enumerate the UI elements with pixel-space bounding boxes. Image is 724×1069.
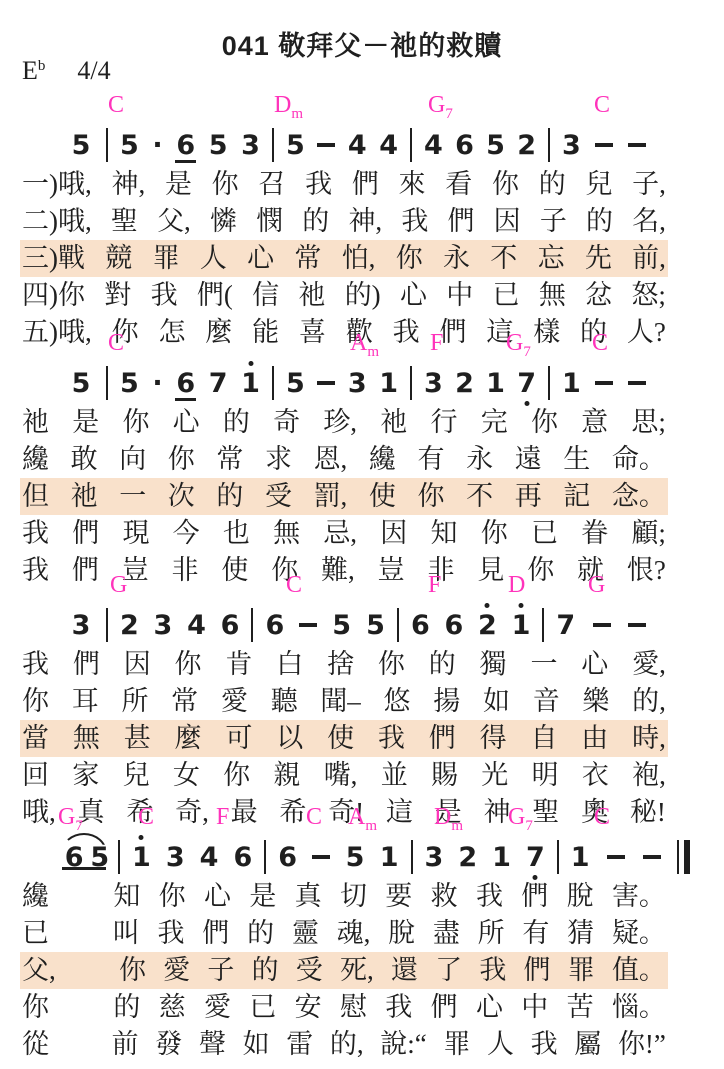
duration-dash: [607, 855, 625, 859]
lyric-syllable: 白: [276, 646, 303, 683]
lyric-syllable: 一: [530, 646, 557, 683]
chord-label: Dm: [274, 92, 303, 118]
chord-label: C: [306, 804, 322, 830]
lyric-syllable: 知: [431, 515, 458, 552]
measure: 1: [550, 370, 658, 397]
measure: 6621: [399, 612, 542, 639]
lyric-syllable: 說:“: [380, 1026, 427, 1063]
duration-dash: [312, 855, 330, 859]
lyric-syllable: 神,: [348, 203, 382, 240]
lyric-syllable: 你: [418, 478, 445, 515]
note-digit: 6: [411, 612, 430, 639]
note-digit: 6: [455, 132, 474, 159]
lyric-syllable: 我: [531, 1026, 558, 1063]
lyric-syllable: 發: [155, 1026, 182, 1063]
lyric-syllable: 們: [202, 915, 229, 952]
note-digit: 1: [241, 370, 260, 397]
lyric-syllable: 們: [73, 646, 100, 683]
lyric-syllable: 我: [476, 878, 503, 915]
lyric-syllable: 以: [276, 720, 303, 757]
lyric-syllable: 可: [225, 720, 252, 757]
note-digit: 5: [286, 132, 305, 159]
lyric-syllable: 顧;: [631, 515, 666, 552]
chord-label: C: [108, 92, 124, 118]
lyric-syllable: 們: [524, 952, 551, 989]
lyric-syllable: 因: [380, 515, 407, 552]
note-digit: 6: [176, 370, 195, 397]
chord-label: G7: [58, 804, 83, 830]
measure: 7: [544, 612, 658, 639]
lyric-syllable: 愛,: [632, 646, 666, 683]
lyric-syllable: 心: [247, 240, 274, 277]
lyric-syllable: 靈: [292, 915, 319, 952]
lyric-syllable: 憫: [256, 203, 283, 240]
note-digit: 5: [346, 844, 365, 871]
note-digit: 1: [571, 844, 590, 871]
lyric-syllable: 耳: [72, 683, 99, 720]
lyric-syllable: 名,: [632, 203, 666, 240]
lyric-syllable: 我: [22, 646, 49, 683]
octave-dot-below: [533, 875, 538, 880]
lyric-syllable: 父,: [22, 952, 56, 989]
lyric-syllable: 子: [540, 203, 567, 240]
lyric-syllable: 捨: [327, 646, 354, 683]
lyric-syllable: 你: [531, 404, 558, 441]
lyric-syllable: 獨: [480, 646, 507, 683]
lyric-syllable: 意: [581, 404, 608, 441]
lyric-syllable: 聽: [271, 683, 298, 720]
lyric-syllable: 受: [265, 478, 292, 515]
lyric-line: 纔知你心是真切要救我們脫害。: [20, 878, 668, 915]
lyric-syllable: 疑。: [612, 915, 666, 952]
lyric-syllable: 如: [483, 683, 510, 720]
lyric-syllable: 知: [113, 878, 140, 915]
lyric-syllable: 心: [400, 277, 427, 314]
lyric-syllable: 你: [159, 878, 186, 915]
lyric-syllable: 的: [252, 952, 279, 989]
lyric-syllable: 前,: [632, 240, 666, 277]
lyric-syllable: 的: [302, 203, 329, 240]
lyric-syllable: 思;: [631, 404, 666, 441]
lyric-syllable: 音: [533, 683, 560, 720]
lyric-syllable: 慰: [340, 989, 367, 1026]
octave-dot-above: [518, 603, 523, 608]
lyric-syllable: 中: [521, 989, 548, 1026]
note-digit: 7: [209, 370, 228, 397]
chord-label: G: [588, 572, 605, 598]
measure: 1: [559, 844, 673, 871]
lyric-syllable: 現: [122, 515, 149, 552]
lyric-syllable: 脫: [388, 915, 415, 952]
lyric-syllable: 們: [521, 878, 548, 915]
lyric-syllable: 要: [385, 878, 412, 915]
lyric-syllable: 因: [124, 646, 151, 683]
chord-row: CAmFG7C: [0, 330, 724, 362]
lyric-syllable: 命。: [612, 441, 666, 478]
lyric-syllable: 你: [492, 166, 519, 203]
lyric-syllable: 女: [173, 757, 200, 794]
lyric-line: 你耳所常愛聽聞–悠揚如音樂的,: [20, 683, 668, 720]
lyric-line: 已叫我們的靈魂,脫盡所有猜疑。: [20, 915, 668, 952]
notation-row: 55·65354446523: [56, 124, 658, 166]
lyric-syllable: 罪: [568, 952, 595, 989]
lyric-syllable: 們: [448, 203, 475, 240]
score-system: G7CFCAmDmG7C65134665132171纔知你心是真切要救我們脫害。…: [0, 804, 724, 1063]
lyric-syllable: 敢: [71, 441, 98, 478]
chord-label: D: [508, 572, 525, 598]
lyric-syllable: 你: [168, 441, 195, 478]
lyric-syllable: 怕,: [342, 240, 376, 277]
lyric-syllable: 四)你: [22, 277, 85, 314]
note-digit: 5: [486, 132, 505, 159]
measure: 544: [274, 132, 410, 159]
lyric-syllable: 的: [539, 166, 566, 203]
lyric-syllable: 常: [216, 441, 243, 478]
chord-label: G7: [508, 804, 533, 830]
measure: 2346: [108, 612, 251, 639]
lyric-syllable: 念。: [612, 478, 666, 515]
lyric-syllable: 行: [431, 404, 458, 441]
lyric-syllable: 奇: [273, 404, 300, 441]
note-digit: 2: [478, 612, 497, 639]
lyric-line: 你的慈愛已安慰我們心中苦惱。: [20, 989, 668, 1026]
lyric-syllable: 屬: [574, 1026, 601, 1063]
duration-dash: [317, 143, 335, 147]
lyric-syllable: 了: [435, 952, 462, 989]
lyric-syllable: 二)哦,: [22, 203, 92, 240]
lyric-syllable: 愛: [221, 683, 248, 720]
lyric-line: 纔敢向你常求恩,纔有永遠生命。: [20, 441, 668, 478]
lyric-syllable: 恩,: [314, 441, 348, 478]
duration-dash: [643, 855, 661, 859]
note-digit: 4: [200, 844, 219, 871]
note-digit: 6: [176, 132, 195, 159]
lyric-syllable: 所: [478, 915, 505, 952]
note-digit: 3: [425, 844, 444, 871]
score-system: GCFDG3234665566217我們因你肯白捨你的獨一心愛,你耳所常愛聽聞–…: [0, 572, 724, 831]
key-accidental-flat: b: [38, 58, 46, 74]
key-signature: Eb4/4: [22, 56, 111, 86]
lyric-syllable: 纔: [369, 441, 396, 478]
lyric-syllable: 們(: [197, 277, 233, 314]
lyric-syllable: 的: [247, 915, 274, 952]
lyric-syllable: 你!”: [618, 1026, 666, 1063]
lyric-syllable: 中: [446, 277, 473, 314]
chord-label: C: [108, 330, 124, 356]
lyric-syllable: 聞–: [320, 683, 361, 720]
duration-dash: [317, 381, 335, 385]
lyric-syllable: 遠: [515, 441, 542, 478]
chord-label: F: [430, 330, 443, 356]
measure: 531: [274, 370, 410, 397]
lyric-syllable: 的,: [330, 1026, 364, 1063]
lyric-syllable: 賜: [431, 757, 458, 794]
lyric-syllable: 們: [352, 166, 379, 203]
lyric-syllable: 生: [563, 441, 590, 478]
lyric-syllable: 叫: [113, 915, 140, 952]
note-digit: 3: [348, 370, 367, 397]
note-digit: 2: [120, 612, 139, 639]
note-digit: 5: [120, 132, 139, 159]
notation-row: 3234665566217: [56, 604, 658, 646]
lyric-syllable: 因: [494, 203, 521, 240]
lyric-syllable: 我: [305, 166, 332, 203]
lyric-syllable: 得: [480, 720, 507, 757]
lyric-syllable: 慈: [159, 989, 186, 1026]
lyric-syllable: 我: [158, 915, 185, 952]
lyric-syllable: 心: [581, 646, 608, 683]
note-digit: 6: [221, 612, 240, 639]
lyric-syllable: 向: [119, 441, 146, 478]
measure: 651: [266, 844, 410, 871]
lyric-syllable: 是: [165, 166, 192, 203]
lyric-syllable: 當: [22, 720, 49, 757]
lyric-syllable: 一)哦,: [22, 166, 92, 203]
lyric-syllable: 安: [295, 989, 322, 1026]
lyric-syllable: 還: [391, 952, 418, 989]
lyric-syllable: 從: [22, 1026, 49, 1063]
lyric-syllable: 肯: [225, 646, 252, 683]
lyric-syllable: 人: [487, 1026, 514, 1063]
lyric-syllable: 無: [73, 720, 100, 757]
chord-label: Am: [348, 804, 377, 830]
note-digit: 4: [187, 612, 206, 639]
lyric-line: 回家兒女你親嘴,並賜光明衣袍,: [20, 757, 668, 794]
lyric-syllable: 我: [151, 277, 178, 314]
note-digit: 5: [332, 612, 351, 639]
lyric-syllable: 信: [252, 277, 279, 314]
lyric-syllable: 揚: [433, 683, 460, 720]
chord-row: CDmG7C: [0, 92, 724, 124]
note-digit: 5: [120, 370, 139, 397]
duration-dash: [628, 143, 646, 147]
note-digit: 1: [562, 370, 581, 397]
lyric-syllable: 祂: [298, 277, 325, 314]
lyric-syllable: 永: [466, 441, 493, 478]
lyric-syllable: 憐: [210, 203, 237, 240]
measure: 5: [56, 132, 106, 159]
measure: 5: [56, 370, 106, 397]
duration-dash: [299, 623, 317, 627]
lyric-syllable: 受: [296, 952, 323, 989]
note-digit: 5: [366, 612, 385, 639]
lyric-syllable: 再: [515, 478, 542, 515]
lyric-line: 我們因你肯白捨你的獨一心愛,: [20, 646, 668, 683]
duration-dash: [595, 381, 613, 385]
lyric-syllable: 聲: [199, 1026, 226, 1063]
chord-label: G7: [506, 330, 531, 356]
lyric-syllable: 已: [531, 515, 558, 552]
lyric-syllable: 罪: [443, 1026, 470, 1063]
lyric-syllable: 忌,: [323, 515, 357, 552]
lyric-syllable: 眷: [581, 515, 608, 552]
lyric-syllable: 你: [378, 646, 405, 683]
lyric-syllable: 值。: [612, 952, 666, 989]
lyric-syllable: 不: [466, 478, 493, 515]
lyric-line: 二)哦,聖父,憐憫的神,我們因子的名,: [20, 203, 668, 240]
lyric-syllable: 衣: [582, 757, 609, 794]
lyric-syllable: 的,: [632, 683, 666, 720]
lyric-syllable: 們: [429, 720, 456, 757]
chord-label: C: [592, 330, 608, 356]
lyric-syllable: 麼: [175, 720, 202, 757]
lyric-syllable: 不: [490, 240, 517, 277]
lyric-syllable: 是: [249, 878, 276, 915]
lyric-syllable: 袍,: [632, 757, 666, 794]
note-digit: 4: [379, 132, 398, 159]
lyric-syllable: 甚: [124, 720, 151, 757]
lyric-syllable: 自: [530, 720, 557, 757]
lyric-syllable: 纔: [22, 878, 49, 915]
key-letter: E: [22, 56, 38, 85]
lyric-syllable: 你: [122, 404, 149, 441]
lyric-syllable: 的: [429, 646, 456, 683]
lyric-syllable: 家: [72, 757, 99, 794]
lyric-syllable: 我: [378, 720, 405, 757]
score-system: CDmG7C55·65354446523一)哦,神,是你召我們來看你的兒子,二)…: [0, 92, 724, 351]
duration-dash: [628, 381, 646, 385]
lyric-syllable: 子,: [632, 166, 666, 203]
note-digit: 3: [241, 132, 260, 159]
lyric-syllable: 親: [273, 757, 300, 794]
chord-row: GCFDG: [0, 572, 724, 604]
note-digit: 6: [278, 844, 297, 871]
lyric-line-highlighted: 父,你愛子的受死,還了我們罪值。: [20, 952, 668, 989]
lyric-syllable: 回: [22, 757, 49, 794]
lyric-syllable: 真: [295, 878, 322, 915]
lyric-syllable: 你: [396, 240, 423, 277]
lyric-syllable: 有: [522, 915, 549, 952]
lyric-syllable: 兒: [585, 166, 612, 203]
lyric-syllable: 已: [493, 277, 520, 314]
lyric-syllable: 競: [105, 240, 132, 277]
note-digit: 6: [265, 612, 284, 639]
duration-dash: [593, 623, 611, 627]
lyric-syllable: 無: [539, 277, 566, 314]
lyric-syllable: 你: [119, 952, 146, 989]
lyric-syllable: 聖: [111, 203, 138, 240]
note-digit: 6: [444, 612, 463, 639]
note-digit: 5: [209, 132, 228, 159]
chord-label: G7: [428, 92, 453, 118]
lyric-syllable: 忘: [538, 240, 565, 277]
lyric-line: 我們現今也無忌,因知你已眷顧;: [20, 515, 668, 552]
lyric-syllable: 一: [119, 478, 146, 515]
lyric-syllable: 神,: [111, 166, 145, 203]
lyric-syllable: 切: [340, 878, 367, 915]
lyric-syllable: 三)戰: [22, 240, 85, 277]
chord-label: F: [428, 572, 441, 598]
lyric-syllable: 纔: [22, 441, 49, 478]
measure: 4652: [412, 132, 548, 159]
lyric-syllable: 你: [22, 989, 49, 1026]
lyric-syllable: 常: [294, 240, 321, 277]
lyric-syllable: 對: [104, 277, 131, 314]
measure: 65: [56, 844, 118, 871]
augmentation-dot: ·: [152, 132, 162, 159]
note-digit: 5: [72, 132, 91, 159]
lyric-syllable: 兒: [123, 757, 150, 794]
lyric-syllable: 並: [381, 757, 408, 794]
lyric-syllable: 完: [481, 404, 508, 441]
lyric-syllable: 子: [207, 952, 234, 989]
notation-row: 55·67153132171: [56, 362, 658, 404]
chord-label: C: [138, 804, 154, 830]
lyric-syllable: 罰,: [314, 478, 348, 515]
lyric-syllable: 使: [327, 720, 354, 757]
lyric-syllable: 你: [223, 757, 250, 794]
lyric-syllable: 次: [168, 478, 195, 515]
chord-row: G7CFCAmDmG7C: [0, 804, 724, 836]
note-digit: 3: [72, 612, 91, 639]
lyric-syllable: 怒;: [631, 277, 666, 314]
notation-row: 65134665132171: [56, 836, 690, 878]
lyric-syllable: 心: [173, 404, 200, 441]
octave-dot-below: [524, 401, 529, 406]
note-digit: 5: [286, 370, 305, 397]
lyric-syllable: 記: [563, 478, 590, 515]
lyric-syllable: 無: [273, 515, 300, 552]
lyric-syllable: 心: [204, 878, 231, 915]
lyric-line: 一)哦,神,是你召我們來看你的兒子,: [20, 166, 668, 203]
note-digit: 1: [486, 370, 505, 397]
lyric-syllable: 苦: [567, 989, 594, 1026]
lyric-syllable: 我: [401, 203, 428, 240]
octave-dot-above: [139, 835, 144, 840]
lyric-syllable: 如: [243, 1026, 270, 1063]
note-digit: 1: [132, 844, 151, 871]
lyric-syllable: 悠: [384, 683, 411, 720]
lyrics-block: 一)哦,神,是你召我們來看你的兒子,二)哦,聖父,憐憫的神,我們因子的名,三)戰…: [0, 166, 724, 351]
lyric-syllable: 祂: [22, 404, 49, 441]
note-digit: 3: [562, 132, 581, 159]
lyric-line-highlighted: 但祂一次的受罰,使你不再記念。: [20, 478, 668, 515]
lyric-syllable: 也: [223, 515, 250, 552]
note-digit: 1: [380, 844, 399, 871]
measure: 655: [253, 612, 396, 639]
octave-dot-above: [248, 361, 253, 366]
lyric-syllable: 你: [481, 515, 508, 552]
lyric-syllable: 求: [265, 441, 292, 478]
lyric-syllable: 忿: [585, 277, 612, 314]
lyric-syllable: 脫: [567, 878, 594, 915]
lyric-syllable: 父,: [157, 203, 191, 240]
lyrics-block: 纔知你心是真切要救我們脫害。已叫我們的靈魂,脫盡所有猜疑。父,你愛子的受死,還了…: [0, 878, 724, 1063]
lyric-syllable: 嘴,: [324, 757, 358, 794]
lyric-syllable: 的): [345, 277, 381, 314]
lyric-syllable: 你: [22, 683, 49, 720]
chord-label: Dm: [434, 804, 463, 830]
lyric-line: 祂是你心的奇珍,祂行完你意思;: [20, 404, 668, 441]
lyric-syllable: 死,: [340, 952, 374, 989]
lyric-syllable: 祂: [380, 404, 407, 441]
lyric-syllable: 但: [22, 478, 49, 515]
note-digit: 7: [526, 844, 545, 871]
lyric-syllable: 常: [171, 683, 198, 720]
note-digit: 1: [492, 844, 511, 871]
lyric-syllable: 前: [112, 1026, 139, 1063]
augmentation-dot: ·: [152, 370, 162, 397]
lyric-syllable: 惱。: [612, 989, 666, 1026]
note-digit: 1: [379, 370, 398, 397]
lyric-syllable: 召: [258, 166, 285, 203]
chord-label: F: [216, 804, 229, 830]
score-system: CAmFG7C55·67153132171祂是你心的奇珍,祂行完你意思;纔敢向你…: [0, 330, 724, 589]
duration-dash: [595, 143, 613, 147]
lyric-syllable: 愛: [204, 989, 231, 1026]
lyric-syllable: 我: [22, 515, 49, 552]
lyric-syllable: 魂,: [337, 915, 371, 952]
